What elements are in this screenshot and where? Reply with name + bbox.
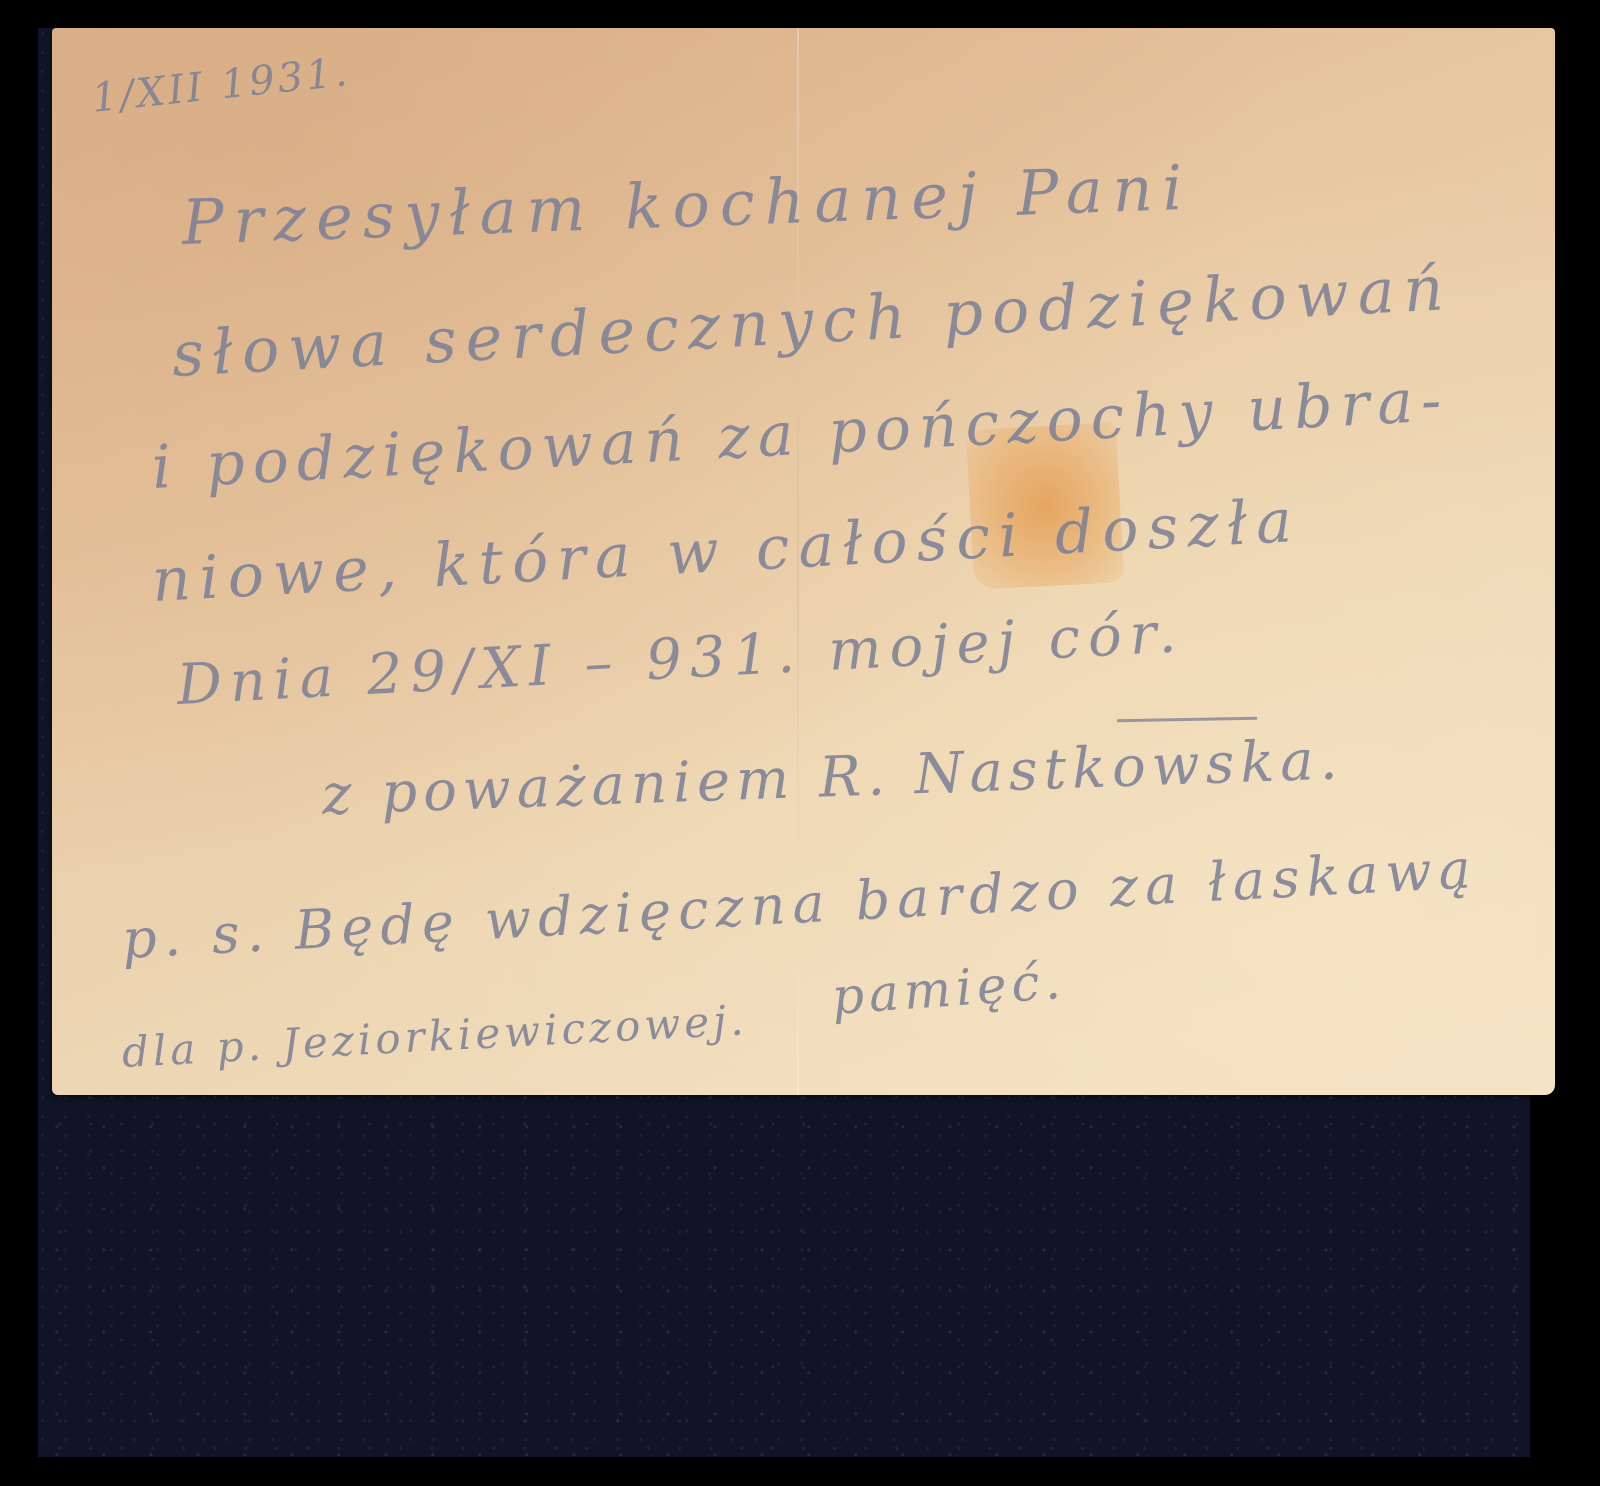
letter-line-3: i podziękowań za pończochy ubra- [150, 365, 1451, 503]
date-header: 1/XII 1931. [90, 49, 353, 122]
postcard: 1/XII 1931. Przesyłam kochanej Pani słow… [52, 28, 1555, 1095]
letter-line-2: słowa serdecznych podziękowań [170, 251, 1454, 391]
letter-line-4: niowe, która w całości doszła [150, 486, 1302, 616]
letter-line-5-date: Dnia 29/XI – 931. mojej cór. [175, 600, 1185, 718]
addressee-line: dla p. Jeziorkiewiczowej. [121, 995, 749, 1077]
postscript-continuation: pamięć. [830, 952, 1067, 1026]
postscript-line: p. s. Będę wdzięczna bardzo za łaskawą [120, 837, 1479, 971]
letter-line-1: Przesyłam kochanej Pani [181, 151, 1194, 259]
signature-line: z poważaniem R. Nastkowska. [321, 727, 1345, 828]
signature-overline [1117, 717, 1257, 722]
